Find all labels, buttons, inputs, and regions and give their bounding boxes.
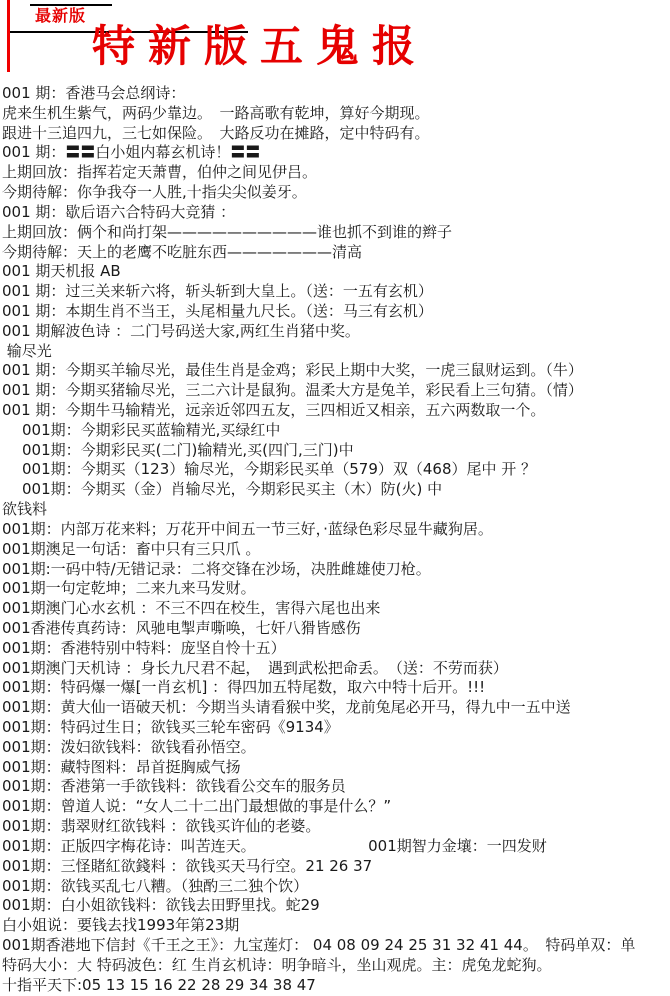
- text-line: 001期：今期买（金）肖输尽光，今期彩民买主（木）防(火) 中: [2, 480, 668, 500]
- text-line: 今期待解：你争我夺一人胜,十指尖尖似姜牙。: [2, 183, 668, 203]
- text-line: 001期：今期买（123）输尽光，今期彩民买单（579）双（468）尾中 开 ？: [2, 460, 668, 480]
- document-body: 001 期：香港马会总纲诗：虎来生机生紫气，两码少靠边。 一路高歌有乾坤，算好今…: [2, 84, 668, 995]
- text-line: 001期：正版四字梅花诗：叫苦连天。 001期智力金壤：一四发财: [2, 837, 668, 857]
- text-line: 上期回放：指挥若定天萧曹，伯仲之间见伊吕。: [2, 163, 668, 183]
- text-line: 跟进十三追四九，三七如保险。 大路反功在摊路，定中特码有。: [2, 124, 668, 144]
- text-line: 十指平天下:05 13 15 16 22 28 29 34 38 47: [2, 976, 668, 996]
- text-line: 001 期：今期牛马输精光，远亲近邻四五友，三四相近又相亲，五六两数取一个。: [2, 401, 668, 421]
- text-line: 001期：曾道人说：“女人二十二出门最想做的事是什么？”: [2, 797, 668, 817]
- text-line: 001期：特码过生日；欲钱买三轮车密码《9134》: [2, 718, 668, 738]
- text-line: 输尽光: [2, 342, 668, 362]
- text-line: 001 期：过三关来斩六将，斩头斩到大皇上。（送：一五有玄机）: [2, 282, 668, 302]
- text-line: 001香港传真药诗：风驰电掣声嘶唤，七奸八猾皆感伤: [2, 619, 668, 639]
- text-line: 特码大小：大 特码波色：红 生肖玄机诗：明争暗斗，坐山观虎。主：虎兔龙蛇狗。: [2, 956, 668, 976]
- text-line: 001 期：本期生肖不当王，头尾相量九尺长。（送：马三有玄机）: [2, 302, 668, 322]
- text-line: 上期回放：俩个和尚打架——————————谁也抓不到谁的辫子: [2, 223, 668, 243]
- text-line: 001期澳门天机诗 ：身长九尺君不起， 遇到武松把命丢。 （送：不劳而获）: [2, 659, 668, 679]
- text-line: 001期：欲钱买乱七八糟。（独酌三二独个饮）: [2, 877, 668, 897]
- text-line: 001期：白小姐欲钱料：欲钱去田野里找。蛇29: [2, 896, 668, 916]
- text-line: 001 期：今期买猪输尽光，三二六计是鼠狗。温柔大方是兔羊，彩民看上三句猜。（情…: [2, 381, 668, 401]
- text-line: 001期:一码中特/无错记录：二将交锋在沙场，决胜雌雄使刀枪。: [2, 560, 668, 580]
- text-line: 001期：翡翠财红欲钱料 ：欲钱买许仙的老婆。: [2, 817, 668, 837]
- text-line: 001期：泼妇欲钱料：欲钱看孙悟空。: [2, 738, 668, 758]
- text-line: 001期：香港第一手欲钱料：欲钱看公交车的服务员: [2, 777, 668, 797]
- edition-badge: 最新版: [35, 6, 86, 25]
- text-line: 001期：特码爆一爆[一肖玄机] ：得四加五特尾数，取六中特十后开。!!!: [2, 678, 668, 698]
- text-line: 白小姐说：要钱去找1993年第23期: [2, 916, 668, 936]
- text-line: 今期待解：天上的老鹰不吃脏东西———————清高: [2, 243, 668, 263]
- text-line: 001期澳足一句话：畜中只有三只爪 。: [2, 540, 668, 560]
- left-red-rule: [7, 0, 10, 72]
- text-line: 001 期：〓〓白小姐内幕玄机诗！〓〓: [2, 143, 668, 163]
- text-line: 001 期：今期买羊输尽光，最佳生肖是金鸡；彩民上期中大奖，一虎三鼠财运到。（牛…: [2, 361, 668, 381]
- text-line: 001 期：香港马会总纲诗：: [2, 84, 668, 104]
- text-line: 001期澳门心水玄机 ：不三不四在校生，害得六尾也出来: [2, 599, 668, 619]
- five-ghost-report-page: 最新版 特新版五鬼报 001 期：香港马会总纲诗：虎来生机生紫气，两码少靠边。 …: [0, 0, 670, 996]
- text-line: 001 期天机报 AB: [2, 262, 668, 282]
- text-line: 001 期：歇后语六合特码大竞猜 ：: [2, 203, 668, 223]
- text-line: 虎来生机生紫气，两码少靠边。 一路高歌有乾坤，算好今期现。: [2, 104, 668, 124]
- text-line: 001期一句定乾坤；二来九来马发财。: [2, 579, 668, 599]
- text-line: 001期：黄大仙一语破天机：今期当头请看猴中奖，龙前兔尾必开马，得九中一五中送: [2, 698, 668, 718]
- text-line: 欲钱料: [2, 500, 668, 520]
- text-line: 001期：香港特别中特料：庞坚自怜十五）: [2, 639, 668, 659]
- text-line: 001期：藏特图料：昂首挺胸威气扬: [2, 758, 668, 778]
- text-line: 001 期解波色诗 ：二门号码送大家,两红生肖猪中奖。: [2, 322, 668, 342]
- text-line: 001期：内部万花来料；万花开中间五一节三好，·蓝绿色彩尽显牛藏狗居。: [2, 520, 668, 540]
- text-line: 001期：今期彩民买蓝输精光,买绿红中: [2, 421, 668, 441]
- text-line: 001期香港地下信封《千王之王》：九宝莲灯： 04 08 09 24 25 31…: [2, 936, 668, 956]
- text-line: 001期：今期彩民买(二门)输精光,买(四门,三门)中: [2, 441, 668, 461]
- text-line: 001期：三怪賭紅欲錢料 ：欲钱买天马行空。21 26 37: [2, 857, 668, 877]
- page-title: 特新版五鬼报: [92, 24, 428, 71]
